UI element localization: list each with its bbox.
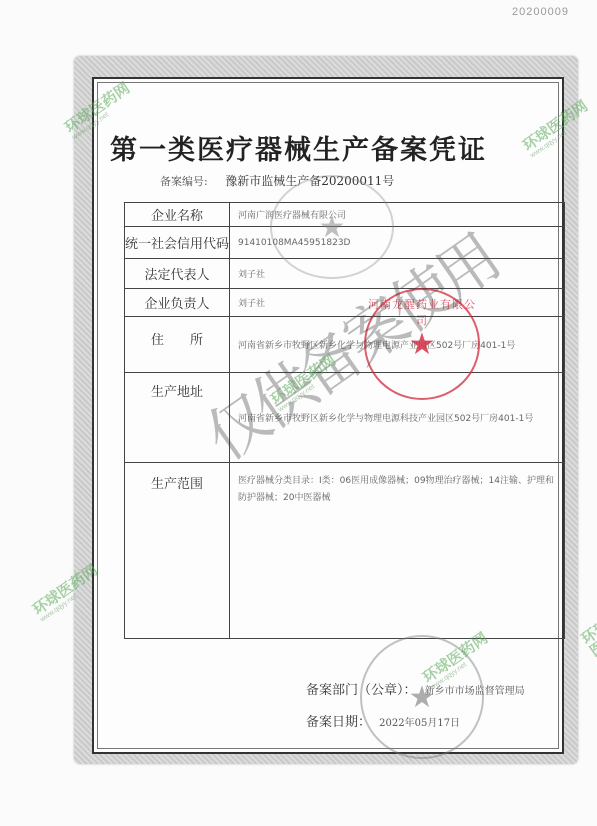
brand-name: 环球医药网: [578, 617, 597, 673]
official-seal: ★: [360, 635, 484, 759]
company-seal-red: 河南龙醒药业有限公司 ★: [364, 288, 480, 400]
row-value: 医疗器械分类目录：I类：06医用成像器械；09物理治疗器械；14注输、护理和防护…: [230, 463, 565, 639]
company-seal-gray: ★: [270, 175, 394, 279]
brand-watermark: 环球医药网 www.qqyy.net: [579, 610, 597, 677]
star-icon: ★: [319, 210, 346, 245]
table-row-production-scope: 生产范围 医疗器械分类目录：I类：06医用成像器械；09物理治疗器械；14注输、…: [125, 463, 565, 639]
certificate-title: 第一类医疗器械生产备案凭证: [0, 128, 597, 167]
row-label: 生产地址: [125, 373, 230, 463]
table-row-address: 住 所 河南省新乡市牧野区新乡化学与物理电源产业园区502号厂房401-1号: [125, 317, 565, 373]
star-icon: ★: [409, 680, 436, 715]
table-row-production-address: 生产地址 河南省新乡市牧野区新乡化学与物理电源科技产业园区502号厂房401-1…: [125, 373, 565, 463]
record-number-label: 备案编号:: [160, 175, 208, 188]
table-row-responsible-person: 企业负责人 刘子社: [125, 289, 565, 317]
row-label: 法定代表人: [125, 259, 230, 289]
document-serial-number: 20200009: [512, 6, 569, 18]
star-icon: ★: [409, 327, 436, 362]
row-label: 住 所: [125, 317, 230, 373]
seal-text: 河南龙醒药业有限公司: [366, 296, 478, 328]
date-label: 备案日期：: [306, 715, 371, 730]
row-label: 企业名称: [125, 203, 230, 227]
row-label: 企业负责人: [125, 289, 230, 317]
row-label: 生产范围: [125, 463, 230, 639]
row-value: 刘子社: [230, 259, 565, 289]
row-label: 统一社会信用代码: [125, 227, 230, 259]
